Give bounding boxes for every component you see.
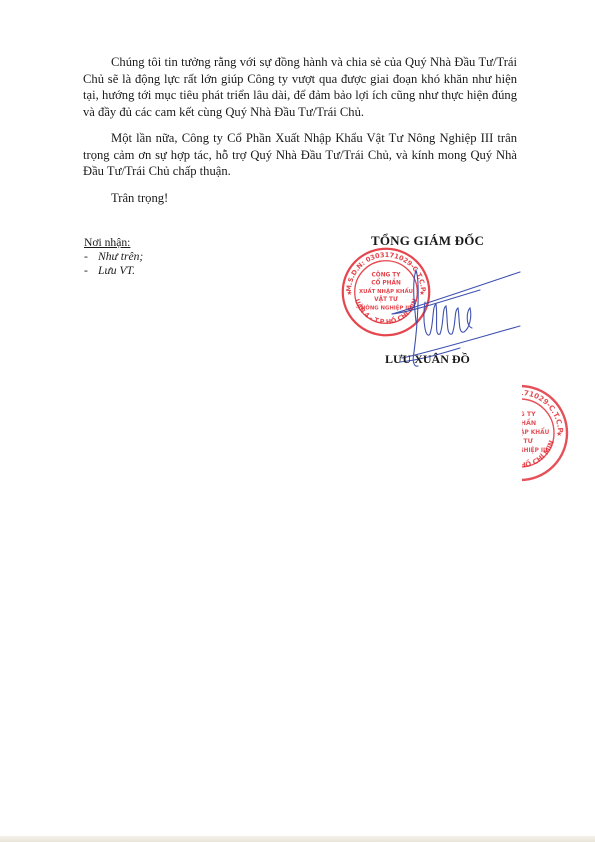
svg-text:★: ★ bbox=[419, 289, 425, 297]
recipient-item: - Như trên; bbox=[84, 250, 143, 264]
signatory-name: LƯU XUÂN ĐỒ bbox=[385, 352, 470, 367]
svg-text:CÔNG TY: CÔNG TY bbox=[372, 271, 402, 278]
recipients-block: Nơi nhận: - Như trên; - Lưu VT. bbox=[84, 236, 143, 278]
bullet-dash: - bbox=[84, 250, 98, 264]
svg-text:★: ★ bbox=[556, 430, 562, 438]
svg-text:CỔ PHẦN: CỔ PHẦN bbox=[371, 278, 401, 287]
recipient-text: Lưu VT. bbox=[98, 264, 135, 278]
recipient-item: - Lưu VT. bbox=[84, 264, 143, 278]
svg-text:VẬT TƯ: VẬT TƯ bbox=[374, 296, 398, 303]
partial-seal-icon: M.S.D.N: 0303171029-C.T.C.P QUẬN 4 - T.P… bbox=[470, 383, 570, 483]
svg-text:XUẤT NHẬP KHẨU: XUẤT NHẬP KHẨU bbox=[359, 287, 413, 295]
svg-text:★: ★ bbox=[346, 289, 352, 297]
document-page: Chúng tôi tin tưởng rằng với sự đồng hàn… bbox=[0, 0, 595, 842]
company-seal-icon: M.S.D.N: 0303171029-C.T.C.P QUẬN 4 - T.P… bbox=[340, 246, 432, 338]
closing-salutation: Trân trọng! bbox=[111, 191, 168, 206]
recipients-title: Nơi nhận: bbox=[84, 236, 143, 250]
svg-text:NÔNG NGHIỆP III: NÔNG NGHIỆP III bbox=[361, 303, 411, 311]
recipient-text: Như trên; bbox=[98, 250, 143, 264]
page-edge-shadow bbox=[0, 836, 595, 842]
body-paragraph-1: Chúng tôi tin tưởng rằng với sự đồng hàn… bbox=[83, 54, 517, 120]
bullet-dash: - bbox=[84, 264, 98, 278]
body-paragraph-2: Một lần nữa, Công ty Cổ Phần Xuất Nhập K… bbox=[83, 130, 517, 180]
